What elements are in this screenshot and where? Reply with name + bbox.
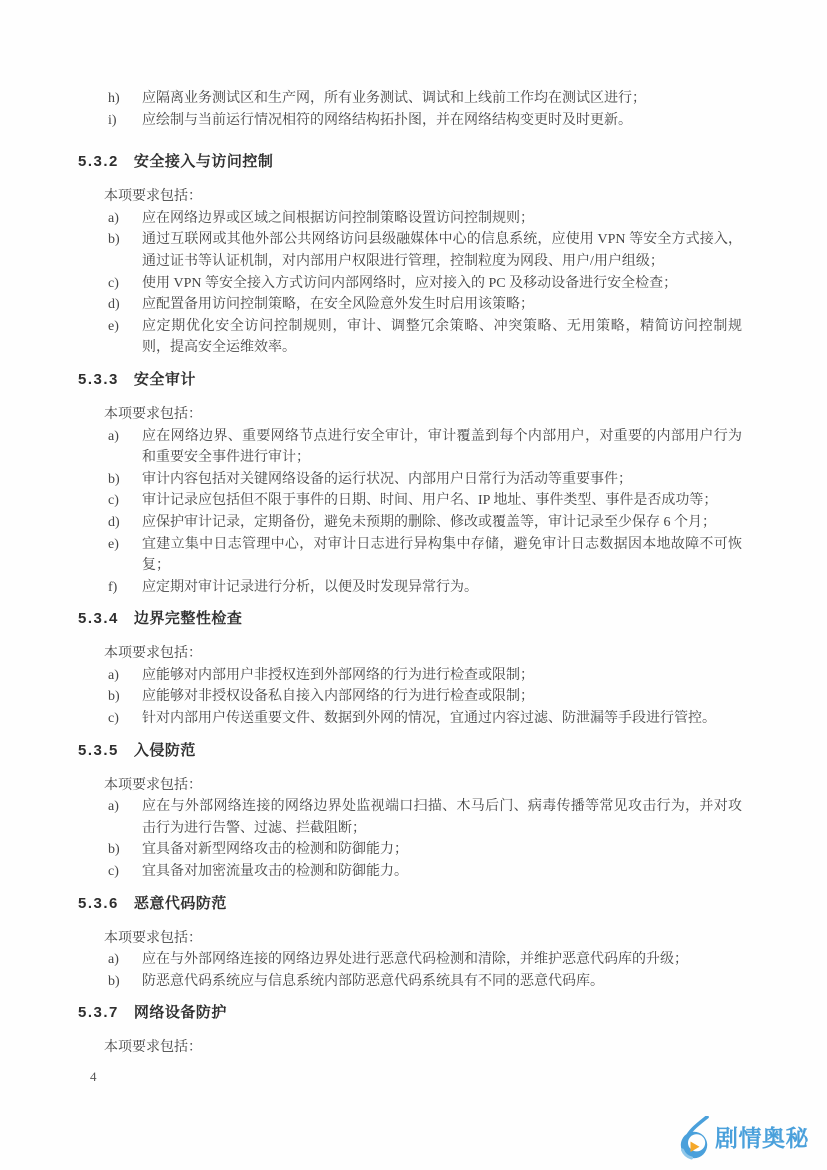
section: 5.3.4 边界完整性检查 本项要求包括： a) 应能够对内部用户非授权连到外部… xyxy=(78,608,742,729)
watermark-text: 剧情奥秘 xyxy=(715,1116,809,1160)
item-text: 审计内容包括对关键网络设备的运行状况、内部用户日常行为活动等重要事件； xyxy=(142,469,742,491)
item-text: 应隔离业务测试区和生产网，所有业务测试、调试和上线前工作均在测试区进行； xyxy=(142,88,742,110)
section-title: 恶意代码防范 xyxy=(134,893,227,915)
item-label: f) xyxy=(108,577,142,599)
list-item: c) 针对内部用户传送重要文件、数据到外网的情况，宜通过内容过滤、防泄漏等手段进… xyxy=(78,708,742,730)
section-item-list: a) 应在与外部网络连接的网络边界处监视端口扫描、木马后门、病毒传播等常见攻击行… xyxy=(78,796,742,882)
section-heading: 5.3.5 入侵防范 xyxy=(78,740,742,762)
item-text: 应在网络边界、重要网络节点进行安全审计，审计覆盖到每个内部用户，对重要的内部用户… xyxy=(142,426,742,469)
section: 5.3.5 入侵防范 本项要求包括： a) 应在与外部网络连接的网络边界处监视端… xyxy=(78,740,742,883)
section-item-list: a) 应在网络边界、重要网络节点进行安全审计，审计覆盖到每个内部用户，对重要的内… xyxy=(78,426,742,599)
section-heading: 5.3.4 边界完整性检查 xyxy=(78,608,742,630)
list-item: c) 使用 VPN 等安全接入方式访问内部网络时，应对接入的 PC 及移动设备进… xyxy=(78,273,742,295)
list-item: a) 应在与外部网络连接的网络边界处监视端口扫描、木马后门、病毒传播等常见攻击行… xyxy=(78,796,742,839)
section-item-list: a) 应在网络边界或区域之间根据访问控制策略设置访问控制规则； b) 通过互联网… xyxy=(78,208,742,359)
list-item: a) 应在与外部网络连接的网络边界处进行恶意代码检测和清除，并维护恶意代码库的升… xyxy=(78,949,742,971)
section: 5.3.6 恶意代码防范 本项要求包括： a) 应在与外部网络连接的网络边界处进… xyxy=(78,893,742,993)
list-item: i) 应绘制与当前运行情况相符的网络结构拓扑图，并在网络结构变更时及时更新。 xyxy=(78,110,742,132)
item-label: a) xyxy=(108,796,142,839)
item-label: d) xyxy=(108,512,142,534)
item-label: b) xyxy=(108,971,142,993)
document-page: h) 应隔离业务测试区和生产网，所有业务测试、调试和上线前工作均在测试区进行； … xyxy=(0,0,827,1170)
section-number: 5.3.6 xyxy=(78,893,119,915)
list-item: d) 应配置备用访问控制策略，在安全风险意外发生时启用该策略； xyxy=(78,294,742,316)
section-intro: 本项要求包括： xyxy=(104,928,742,950)
item-text: 应在与外部网络连接的网络边界处进行恶意代码检测和清除，并维护恶意代码库的升级； xyxy=(142,949,742,971)
item-text: 应能够对内部用户非授权连到外部网络的行为进行检查或限制； xyxy=(142,665,742,687)
section-heading: 5.3.6 恶意代码防范 xyxy=(78,893,742,915)
section-intro: 本项要求包括： xyxy=(104,775,742,797)
list-item: e) 宜建立集中日志管理中心，对审计日志进行异构集中存储，避免审计日志数据因本地… xyxy=(78,534,742,577)
item-text: 使用 VPN 等安全接入方式访问内部网络时，应对接入的 PC 及移动设备进行安全… xyxy=(142,273,742,295)
item-label: a) xyxy=(108,665,142,687)
section-intro: 本项要求包括： xyxy=(104,1037,742,1059)
list-item: c) 宜具备对加密流量攻击的检测和防御能力。 xyxy=(78,861,742,883)
item-label: b) xyxy=(108,686,142,708)
item-label: h) xyxy=(108,88,142,110)
section: 5.3.2 安全接入与访问控制 本项要求包括： a) 应在网络边界或区域之间根据… xyxy=(78,151,742,359)
section: 5.3.7 网络设备防护 本项要求包括： xyxy=(78,1002,742,1059)
item-label: c) xyxy=(108,490,142,512)
list-item: c) 审计记录应包括但不限于事件的日期、时间、用户名、IP 地址、事件类型、事件… xyxy=(78,490,742,512)
item-text: 应绘制与当前运行情况相符的网络结构拓扑图，并在网络结构变更时及时更新。 xyxy=(142,110,742,132)
list-item: a) 应在网络边界、重要网络节点进行安全审计，审计覆盖到每个内部用户，对重要的内… xyxy=(78,426,742,469)
list-item: b) 审计内容包括对关键网络设备的运行状况、内部用户日常行为活动等重要事件； xyxy=(78,469,742,491)
list-item: b) 应能够对非授权设备私自接入内部网络的行为进行检查或限制； xyxy=(78,686,742,708)
section-title: 入侵防范 xyxy=(134,740,196,762)
section-number: 5.3.5 xyxy=(78,740,119,762)
item-text: 通过互联网或其他外部公共网络访问县级融媒体中心的信息系统，应使用 VPN 等安全… xyxy=(142,229,742,272)
section-title: 安全审计 xyxy=(134,369,196,391)
list-item: e) 应定期优化安全访问控制规则，审计、调整冗余策略、冲突策略、无用策略，精简访… xyxy=(78,316,742,359)
section-number: 5.3.3 xyxy=(78,369,119,391)
item-label: a) xyxy=(108,208,142,230)
list-item: a) 应在网络边界或区域之间根据访问控制策略设置访问控制规则； xyxy=(78,208,742,230)
section-intro: 本项要求包括： xyxy=(104,186,742,208)
list-item: d) 应保护审计记录，定期备份，避免未预期的删除、修改或覆盖等，审计记录至少保存… xyxy=(78,512,742,534)
watermark: 剧情奥秘 xyxy=(678,1116,809,1160)
play-drop-logo-icon xyxy=(678,1116,712,1160)
section: 5.3.3 安全审计 本项要求包括： a) 应在网络边界、重要网络节点进行安全审… xyxy=(78,369,742,598)
item-text: 应在网络边界或区域之间根据访问控制策略设置访问控制规则； xyxy=(142,208,742,230)
item-label: b) xyxy=(108,839,142,861)
item-text: 应能够对非授权设备私自接入内部网络的行为进行检查或限制； xyxy=(142,686,742,708)
section-number: 5.3.4 xyxy=(78,608,119,630)
list-item: f) 应定期对审计记录进行分析，以便及时发现异常行为。 xyxy=(78,577,742,599)
page-footer: 4 xyxy=(90,1068,97,1086)
list-item: h) 应隔离业务测试区和生产网，所有业务测试、调试和上线前工作均在测试区进行； xyxy=(78,88,742,110)
item-label: e) xyxy=(108,316,142,359)
item-text: 应定期对审计记录进行分析，以便及时发现异常行为。 xyxy=(142,577,742,599)
item-label: d) xyxy=(108,294,142,316)
continuation-list: h) 应隔离业务测试区和生产网，所有业务测试、调试和上线前工作均在测试区进行； … xyxy=(78,88,742,131)
list-item: b) 通过互联网或其他外部公共网络访问县级融媒体中心的信息系统，应使用 VPN … xyxy=(78,229,742,272)
page-number: 4 xyxy=(90,1069,97,1084)
item-label: b) xyxy=(108,469,142,491)
item-text: 应配置备用访问控制策略，在安全风险意外发生时启用该策略； xyxy=(142,294,742,316)
section-item-list: a) 应能够对内部用户非授权连到外部网络的行为进行检查或限制； b) 应能够对非… xyxy=(78,665,742,730)
section-heading: 5.3.3 安全审计 xyxy=(78,369,742,391)
item-text: 防恶意代码系统应与信息系统内部防恶意代码系统具有不同的恶意代码库。 xyxy=(142,971,742,993)
section-title: 边界完整性检查 xyxy=(134,608,243,630)
page-content: h) 应隔离业务测试区和生产网，所有业务测试、调试和上线前工作均在测试区进行； … xyxy=(78,88,742,1059)
item-label: c) xyxy=(108,708,142,730)
section-heading: 5.3.7 网络设备防护 xyxy=(78,1002,742,1024)
item-label: i) xyxy=(108,110,142,132)
item-text: 应定期优化安全访问控制规则，审计、调整冗余策略、冲突策略、无用策略，精简访问控制… xyxy=(142,316,742,359)
item-text: 审计记录应包括但不限于事件的日期、时间、用户名、IP 地址、事件类型、事件是否成… xyxy=(142,490,742,512)
item-text: 应保护审计记录，定期备份，避免未预期的删除、修改或覆盖等，审计记录至少保存 6 … xyxy=(142,512,742,534)
section-intro: 本项要求包括： xyxy=(104,404,742,426)
item-label: b) xyxy=(108,229,142,272)
list-item: b) 防恶意代码系统应与信息系统内部防恶意代码系统具有不同的恶意代码库。 xyxy=(78,971,742,993)
item-label: c) xyxy=(108,861,142,883)
item-text: 宜具备对新型网络攻击的检测和防御能力； xyxy=(142,839,742,861)
item-text: 针对内部用户传送重要文件、数据到外网的情况，宜通过内容过滤、防泄漏等手段进行管控… xyxy=(142,708,742,730)
item-text: 宜建立集中日志管理中心，对审计日志进行异构集中存储，避免审计日志数据因本地故障不… xyxy=(142,534,742,577)
list-item: a) 应能够对内部用户非授权连到外部网络的行为进行检查或限制； xyxy=(78,665,742,687)
section-number: 5.3.2 xyxy=(78,151,119,173)
item-label: e) xyxy=(108,534,142,577)
item-text: 应在与外部网络连接的网络边界处监视端口扫描、木马后门、病毒传播等常见攻击行为，并… xyxy=(142,796,742,839)
section-item-list: a) 应在与外部网络连接的网络边界处进行恶意代码检测和清除，并维护恶意代码库的升… xyxy=(78,949,742,992)
item-text: 宜具备对加密流量攻击的检测和防御能力。 xyxy=(142,861,742,883)
section-intro: 本项要求包括： xyxy=(104,643,742,665)
section-number: 5.3.7 xyxy=(78,1002,119,1024)
section-title: 网络设备防护 xyxy=(134,1002,227,1024)
sections-container: 5.3.2 安全接入与访问控制 本项要求包括： a) 应在网络边界或区域之间根据… xyxy=(78,151,742,1059)
section-title: 安全接入与访问控制 xyxy=(134,151,274,173)
item-label: a) xyxy=(108,949,142,971)
item-label: c) xyxy=(108,273,142,295)
list-item: b) 宜具备对新型网络攻击的检测和防御能力； xyxy=(78,839,742,861)
item-label: a) xyxy=(108,426,142,469)
section-heading: 5.3.2 安全接入与访问控制 xyxy=(78,151,742,173)
